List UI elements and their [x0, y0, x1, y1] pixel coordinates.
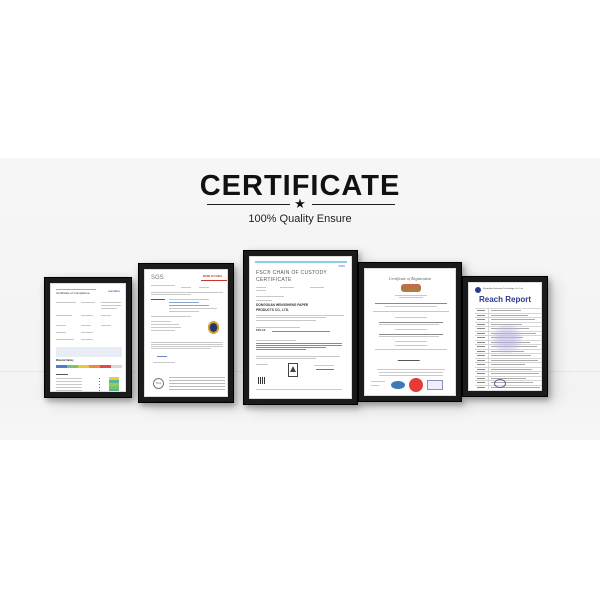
certificate-banner: CERTIFICATE ★ 100% Quality Ensure Certif… — [0, 158, 600, 440]
section-label: Material Safety — [56, 360, 74, 363]
title-divider-left — [207, 204, 290, 205]
summary-box — [56, 347, 122, 357]
sgs-footer-text — [169, 377, 225, 391]
fsc-accent-bar — [255, 261, 347, 263]
registration-heading: Certificate of Registration — [365, 277, 455, 281]
certificate-frame-fsc: DNV FSC® CHAIN OF CUSTODY CERTIFICATE DO… — [243, 250, 358, 405]
registration-document: Certificate of Registration — [364, 268, 456, 396]
sgs-seal-icon: SGS — [153, 378, 164, 389]
star-icon: ★ — [292, 196, 308, 212]
watermark-seal-icon — [491, 323, 523, 355]
accreditation-badge-icon — [427, 380, 443, 390]
stamp-seal-icon — [494, 379, 506, 388]
reach-heading: Reach Report — [469, 296, 541, 304]
fsc-heading-line1: FSC® CHAIN OF CUSTODY — [256, 271, 327, 276]
fsc-company-line1: DONGGUAN HENGSHENG PAPER — [256, 304, 308, 307]
crest-icon — [401, 284, 421, 292]
fsc-company-line2: PRODUCTS CO., LTD. — [256, 309, 289, 312]
banner-subtitle: 100% Quality Ensure — [0, 213, 600, 225]
compliance-document: Certificate of Compliance eurofins Mater… — [50, 283, 126, 392]
sgs-logo: SGS — [151, 275, 164, 281]
certificate-frame-compliance: Certificate of Compliance eurofins Mater… — [44, 277, 132, 398]
eurofins-logo: eurofins — [108, 290, 120, 293]
red-accreditation-seal-icon — [409, 378, 423, 392]
issuer-name: Shenzhen Detection Technology Co., Ltd. — [483, 288, 523, 290]
certificate-frame-reach: Shenzhen Detection Technology Co., Ltd. … — [462, 276, 548, 397]
reach-document: Shenzhen Detection Technology Co., Ltd. … — [468, 282, 542, 391]
certificate-frame-registration: Certificate of Registration — [358, 262, 462, 402]
fsc-document: DNV FSC® CHAIN OF CUSTODY CERTIFICATE DO… — [249, 256, 352, 399]
qr-code-icon — [258, 377, 265, 384]
fsc-heading-line2: CERTIFICATE — [256, 278, 292, 283]
quality-seal-icon — [207, 320, 220, 335]
sgs-document: SGS MADE IN CHINA SG — [144, 269, 228, 397]
made-in-china-logo: MADE IN CHINA — [203, 276, 222, 279]
rating-scale-bar — [56, 365, 122, 368]
dnv-logo: DNV — [339, 265, 345, 268]
certificate-frame-sgs: SGS MADE IN CHINA SG — [138, 263, 234, 403]
compliance-heading: Certificate of Compliance — [56, 292, 90, 295]
fsc-code: FSC-C0 — [256, 330, 265, 333]
title-divider-right — [312, 204, 395, 205]
issuer-logo-icon — [475, 287, 481, 293]
iaf-seal-icon — [391, 381, 405, 389]
signature — [398, 353, 423, 361]
fsc-tree-logo-icon — [288, 363, 298, 377]
